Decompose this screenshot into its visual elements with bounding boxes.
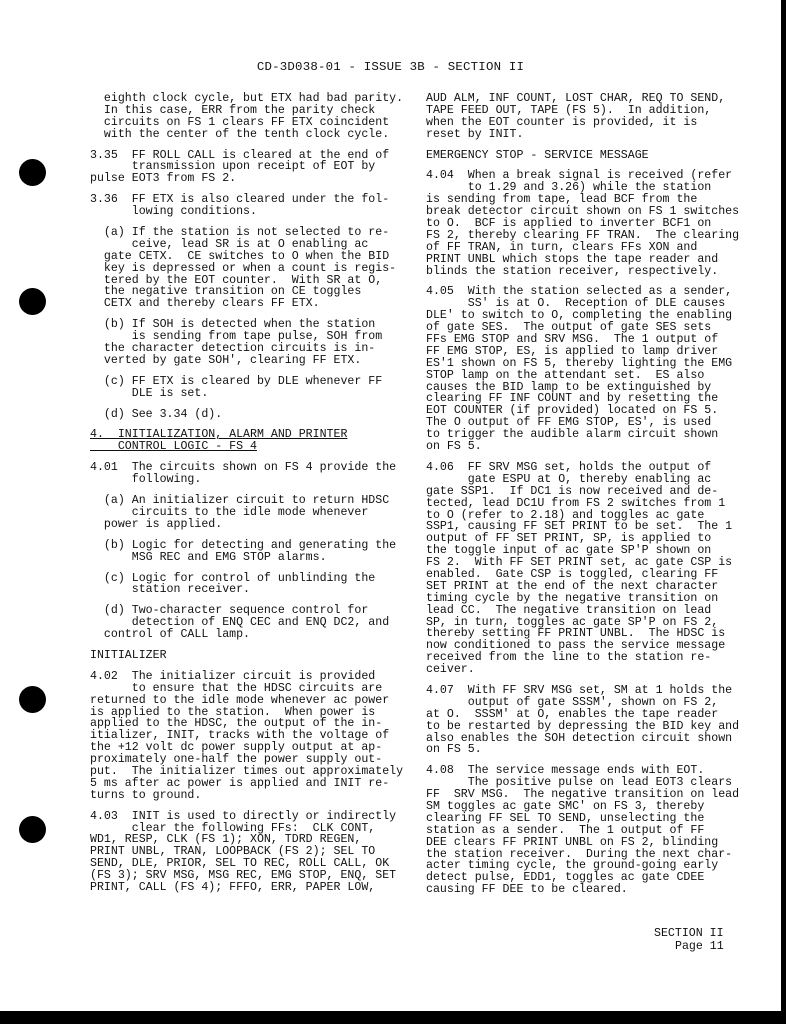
binder-hole xyxy=(19,686,46,713)
binder-hole xyxy=(19,159,46,186)
text-line: verted by gate SOH', clearing FF ETX. xyxy=(90,355,410,367)
text-line: turns to ground. xyxy=(90,790,410,802)
text-line: of FF TRAN, in turn, clears FFs XON and xyxy=(426,242,771,254)
text-line: blinds the station receiver, respectivel… xyxy=(426,266,771,278)
paragraph: 4.07 With FF SRV MSG set, SM at 1 holds … xyxy=(426,685,771,756)
text-line: circuits on FS 1 clears FF ETX coinciden… xyxy=(90,117,410,129)
text-line: key is depressed or when a count is regi… xyxy=(90,263,410,275)
text-line: CETX and thereby clears FF ETX. xyxy=(90,298,410,310)
document-header: CD-3D038-01 - ISSUE 3B - SECTION II xyxy=(0,60,781,74)
text-line: reset by INIT. xyxy=(426,129,771,141)
text-line: TAPE FEED OUT, TAPE (FS 5). In addition, xyxy=(426,105,771,117)
text-line: MSG REC and EMG STOP alarms. xyxy=(90,552,410,564)
text-line: 4.02 The initializer circuit is provided xyxy=(90,671,410,683)
text-line: pulse EOT3 from FS 2. xyxy=(90,173,410,185)
paragraph: 4.01 The circuits shown on FS 4 provide … xyxy=(90,462,410,486)
text-line: power is applied. xyxy=(90,519,410,531)
paragraph: eighth clock cycle, but ETX had bad pari… xyxy=(90,93,410,141)
text-line: (b) Logic for detecting and generating t… xyxy=(90,540,410,552)
document-page: CD-3D038-01 - ISSUE 3B - SECTION II eigh… xyxy=(0,0,781,1011)
paragraph: (b) Logic for detecting and generating t… xyxy=(90,540,410,564)
text-line: ceiver. xyxy=(426,664,771,676)
text-line: lead CC. The negative transition on lead xyxy=(426,605,771,617)
paragraph: (d) Two-character sequence control for d… xyxy=(90,605,410,641)
left-column: eighth clock cycle, but ETX had bad pari… xyxy=(90,93,410,894)
text-line: 4.03 INIT is used to directly or indirec… xyxy=(90,811,410,823)
text-line: lowing conditions. xyxy=(90,206,410,218)
text-line: tected, lead DC1U from FS 2 switches fro… xyxy=(426,498,771,510)
text-line: on FS 5. xyxy=(426,441,771,453)
paragraph: 4.05 With the station selected as a send… xyxy=(426,286,771,452)
paragraph: (c) Logic for control of unblinding the … xyxy=(90,573,410,597)
text-line: output of gate SSSM', shown on FS 2, xyxy=(426,697,771,709)
text-line: control of CALL lamp. xyxy=(90,629,410,641)
text-line: station as a sender. The 1 output of FF xyxy=(426,825,771,837)
text-line: to be restarted by depressing the BID ke… xyxy=(426,721,771,733)
text-line: PRINT UNBL which stops the tape reader a… xyxy=(426,254,771,266)
binder-hole xyxy=(19,816,46,843)
text-line: gate CETX. CE switches to O when the BID xyxy=(90,251,410,263)
paragraph: 4.06 FF SRV MSG set, holds the output of… xyxy=(426,462,771,676)
text-line: gate ESPU at O, thereby enabling ac xyxy=(426,474,771,486)
text-line: SET PRINT at the end of the next charact… xyxy=(426,581,771,593)
text-line: (c) FF ETX is cleared by DLE whenever FF xyxy=(90,376,410,388)
paragraph: 4.02 The initializer circuit is provided… xyxy=(90,671,410,802)
paragraph: AUD ALM, INF COUNT, LOST CHAR, REQ TO SE… xyxy=(426,93,771,141)
text-line: 5 ms after ac power is applied and INIT … xyxy=(90,778,410,790)
text-line: received from the line to the station re… xyxy=(426,652,771,664)
text-line: at O. SSSM' at O, enables the tape reade… xyxy=(426,709,771,721)
binder-hole xyxy=(19,288,46,315)
paragraph: 4.04 When a break signal is received (re… xyxy=(426,170,771,277)
text-line: EMERGENCY STOP - SERVICE MESSAGE xyxy=(426,150,771,162)
text-line: In this case, ERR from the parity check xyxy=(90,105,410,117)
footer-section: SECTION II xyxy=(654,928,724,941)
text-line: FS 2, thereby clearing FF TRAN. The clea… xyxy=(426,230,771,242)
text-line: with the center of the tenth clock cycle… xyxy=(90,129,410,141)
text-line: gate SSP1. If DC1 is now received and de… xyxy=(426,486,771,498)
paragraph: (d) See 3.34 (d). xyxy=(90,409,410,421)
text-line: clearing FF SEL TO SEND, unselecting the xyxy=(426,813,771,825)
paragraph: (a) If the station is not selected to re… xyxy=(90,227,410,310)
text-line: causing FF DEE to be cleared. xyxy=(426,884,771,896)
footer-page-number: Page 11 xyxy=(654,941,724,954)
section-heading: 4. INITIALIZATION, ALARM AND PRINTER CON… xyxy=(90,429,410,453)
text-line: DLE is set. xyxy=(90,388,410,400)
text-line: CONTROL LOGIC - FS 4 xyxy=(90,441,410,453)
text-line: following. xyxy=(90,474,410,486)
text-line: ES'1 shown on FS 5, thereby lighting the… xyxy=(426,358,771,370)
paragraph: (a) An initializer circuit to return HDS… xyxy=(90,495,410,531)
text-line: returned to the idle mode whenever ac po… xyxy=(90,695,410,707)
paragraph: 3.36 FF ETX is also cleared under the fo… xyxy=(90,194,410,218)
text-line: (d) See 3.34 (d). xyxy=(90,409,410,421)
text-line: to ensure that the HDSC circuits are xyxy=(90,683,410,695)
text-line: PRINT, CALL (FS 4); FFFO, ERR, PAPER LOW… xyxy=(90,882,410,894)
text-line: INITIALIZER xyxy=(90,650,410,662)
right-column: AUD ALM, INF COUNT, LOST CHAR, REQ TO SE… xyxy=(426,93,771,896)
section-heading: INITIALIZER xyxy=(90,650,410,662)
paragraph: 4.03 INIT is used to directly or indirec… xyxy=(90,811,410,894)
text-line: station receiver. xyxy=(90,584,410,596)
paragraph: (c) FF ETX is cleared by DLE whenever FF… xyxy=(90,376,410,400)
text-line: ceive, lead SR is at O enabling ac xyxy=(90,239,410,251)
section-heading: EMERGENCY STOP - SERVICE MESSAGE xyxy=(426,150,771,162)
paragraph: 3.35 FF ROLL CALL is cleared at the end … xyxy=(90,150,410,186)
text-line: DEE clears FF PRINT UNBL on FS 2, blindi… xyxy=(426,837,771,849)
paragraph: (b) If SOH is detected when the station … xyxy=(90,319,410,367)
page-footer: SECTION IIPage 11 xyxy=(654,928,724,953)
text-line: on FS 5. xyxy=(426,744,771,756)
text-line: timing cycle by the negative transition … xyxy=(426,593,771,605)
paragraph: 4.08 The service message ends with EOT. … xyxy=(426,765,771,896)
text-line: STOP lamp on the attendant set. ES also xyxy=(426,370,771,382)
text-line: when the EOT counter is provided, it is xyxy=(426,117,771,129)
